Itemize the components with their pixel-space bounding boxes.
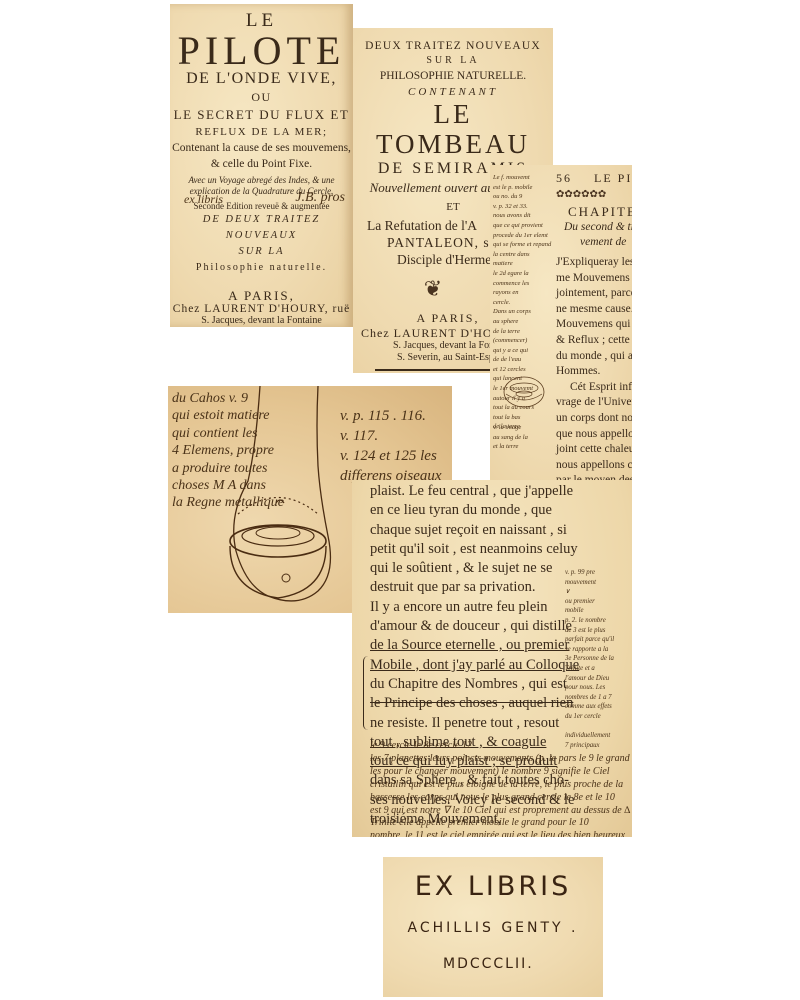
- margin-note-line: ou premier: [565, 597, 631, 607]
- title-onde-vive: DE L'ONDE VIVE,: [170, 70, 353, 88]
- margin-note-line: le 2d egare la: [493, 269, 555, 279]
- body-line: Cét Esprit infini ,: [556, 380, 632, 396]
- margin-note-line: ∨: [565, 587, 631, 597]
- margin-note-line: p. 2. le nombre: [565, 616, 631, 626]
- margin-note-line: [565, 722, 631, 732]
- margin-note-line: au sphere: [493, 317, 555, 327]
- ex-libris-date: MDCCCLII.: [443, 956, 603, 972]
- handwritten-line: v. p. 115 . 116.: [340, 406, 442, 426]
- body-line: du monde , qui a tan: [556, 349, 632, 365]
- margin-note-line: (commencer): [493, 336, 555, 346]
- imprint-paris: A PARIS,: [170, 288, 353, 303]
- chapter-body-text: J'Expliqueray lesme Mouvemensjointement,…: [556, 255, 632, 484]
- margin-note-line: 3e Personne de la: [565, 654, 631, 664]
- chapter-page: Le f. mouvemtest le p. mobileou no. du 9…: [490, 165, 632, 484]
- body-line: du Chapitre des Nombres , qui est: [370, 675, 579, 694]
- body-line: jointement, parce q: [556, 286, 632, 302]
- body-line: plaist. Le feu central , que j'appelle: [370, 482, 579, 501]
- body-line: Hommes.: [556, 364, 632, 380]
- body-line: Mouvemens qui com: [556, 317, 632, 333]
- margin-note-line: tout la bas: [493, 413, 555, 423]
- handwritten-line: cristallin qui est le plus eloigné de la…: [370, 779, 632, 792]
- handwritten-line: choses M A dans: [172, 477, 284, 494]
- margin-note-line: qui y a ce qui: [493, 346, 555, 356]
- body-line: Il y a encore un autre feu plein: [370, 598, 579, 617]
- handwritten-line: est 9 qui est notre ∇ le 10 Ciel qui est…: [370, 805, 632, 818]
- body-line: qui le soûtient , & le sujet ne se: [370, 559, 579, 578]
- title-ou: OU: [170, 88, 353, 106]
- body-line: petit qu'il soit , est neanmoins celuy: [370, 540, 579, 559]
- handwritten-line: v. 117.: [340, 426, 442, 446]
- title-secret: LE SECRET DU FLUX ET: [170, 106, 353, 124]
- margin-note-line: nous avons dit: [493, 211, 555, 221]
- body-line: Mobile , dont j'ay parlé au Colloque: [370, 656, 579, 675]
- handwritten-line: le 9 cercle le 8e cercle 12: [370, 740, 632, 753]
- margin-note-line: pour nous. Les: [565, 683, 631, 693]
- chapter-subtitle-1: Du second & tr: [556, 220, 632, 236]
- imprint-jacques: S. Jacques, devant la Fontaine: [170, 315, 353, 327]
- handwritten-line: nombre, le 11 est le ciel empirée qui es…: [370, 830, 632, 837]
- body-line: d'amour & de douceur , qui distille: [370, 617, 579, 636]
- margin-note-line: cercle.: [493, 298, 555, 308]
- body-line: & Reflux ; cette g: [556, 333, 632, 349]
- handwritten-line: a produire toutes: [172, 460, 284, 477]
- page-number: 56: [556, 171, 572, 185]
- handwritten-line: du Cahos v. 9: [172, 390, 284, 407]
- margin-note-line: comme aux effets: [565, 702, 631, 712]
- handwritten-ex-libris: ex libris: [184, 192, 223, 207]
- body-line: ne mesme cause. C: [556, 302, 632, 318]
- margin-note-line: ou no. du 9: [493, 192, 555, 202]
- margin-note-line: de de l'eau: [493, 355, 555, 365]
- page-header: 56LE PIL: [556, 171, 632, 187]
- margin-note-line: se rapporte a la: [565, 645, 631, 655]
- margin-note-line: Le f. mouvemt: [493, 173, 555, 183]
- margin-note-line: nombres de 1 a 7: [565, 693, 631, 703]
- handwritten-line: v. 124 et 125 les: [340, 446, 442, 466]
- ex-libris-heading: EX LIBRIS: [383, 871, 603, 902]
- title-contenant: CONTENANT: [353, 85, 553, 99]
- margin-note-line: la centre dans: [493, 250, 555, 260]
- body-line: vrage de l'Univers ,: [556, 395, 632, 411]
- margin-note-line: est le p. mobile: [493, 183, 555, 193]
- margin-note-line: matiere: [493, 259, 555, 269]
- body-line: chaque sujet reçoit en naissant , si: [370, 521, 579, 540]
- margin-notes: v. p. 99 premouvement∨ou premiermobilep.…: [565, 568, 631, 750]
- handwritten-notes-left: du Cahos v. 9qui estoit matierequi conti…: [172, 390, 284, 512]
- margin-note-line: parfait parce qu'il: [565, 635, 631, 645]
- handwritten-footnotes: le 9 cercle le 8e cercle 12les 7 planett…: [370, 740, 632, 837]
- margin-note-line: rayons en: [493, 288, 555, 298]
- handwritten-line: les pour le changer mouvement) le nombre…: [370, 766, 632, 779]
- body-line: de la Source eternelle , ou premier: [370, 636, 579, 655]
- title-tombeau: LE TOMBEAU: [353, 99, 553, 159]
- handwritten-line: qui estoit matiere: [172, 407, 284, 424]
- title-sur-la: SUR LA: [170, 244, 353, 260]
- body-line: nous appellons centra: [556, 458, 632, 474]
- margin-notes-bottom: v. la imageau sang de laet la terre: [493, 423, 555, 452]
- margin-note-line: et la terre: [493, 442, 555, 452]
- ex-libris-label: EX LIBRIS ACHILLIS GENTY . MDCCCLII.: [383, 857, 603, 997]
- margin-note-line: du 1er cercle: [565, 712, 631, 722]
- handwritten-line: la Regne metallique: [172, 494, 284, 511]
- handwritten-notes-right: v. p. 115 . 116.v. 117.v. 124 et 125 les…: [340, 406, 442, 486]
- running-head: LE PIL: [594, 171, 632, 185]
- chapter-subtitle-2: vement de: [556, 235, 632, 251]
- handwritten-line: les 7 planettes leurs poincts mouvements…: [370, 753, 632, 766]
- handwritten-line: qui contient les: [172, 425, 284, 442]
- body-line: en ce lieu tyran du monde , que: [370, 501, 579, 520]
- margin-note-line: l'amour de Dieu: [565, 674, 631, 684]
- title-contenant: Contenant la cause de ses mouvemens,: [170, 140, 353, 156]
- margin-note-line: mobile: [565, 606, 631, 616]
- body-line: J'Expliqueray les: [556, 255, 632, 271]
- margin-note-line: au sang de la: [493, 433, 555, 443]
- title-sur-la: SUR LA: [353, 54, 553, 68]
- text-page: plaist. Le feu central , que j'appelleen…: [352, 480, 632, 837]
- margin-note-line: mouvement: [565, 578, 631, 588]
- margin-note-line: commence les: [493, 279, 555, 289]
- margin-note-line: Trinite et a: [565, 664, 631, 674]
- body-line: un corps dont nous: [556, 411, 632, 427]
- margin-note-line: qui se forme et repand: [493, 240, 555, 250]
- body-line: joint cette chaleur e: [556, 442, 632, 458]
- ornament-band-icon: ✿✿✿✿✿✿: [556, 187, 632, 203]
- margin-bracket: [363, 656, 368, 730]
- title-page-le-pilote: LE PILOTE DE L'ONDE VIVE, OU LE SECRET D…: [170, 4, 353, 327]
- margin-note-line: v. la image: [493, 423, 555, 433]
- margin-note-line: v. p. 99 pre: [565, 568, 631, 578]
- handwritten-line: 4 Elemens, propre: [172, 442, 284, 459]
- body-line: ne resiste. Il penetre tout , resout: [370, 714, 579, 733]
- sketch-sphere-icon: [500, 370, 548, 410]
- ex-libris-owner: ACHILLIS GENTY .: [383, 920, 603, 936]
- title-reflux: REFLUX DE LA MER;: [170, 124, 353, 140]
- margin-note-line: de la terre: [493, 327, 555, 337]
- body-line: destruit que par sa privation.: [370, 578, 579, 597]
- title-pilote: PILOTE: [170, 32, 353, 70]
- handwritten-line: bassesse les corps qui nous le plus gran…: [370, 792, 632, 805]
- margin-note-line: v. p. 32 et 33.: [493, 202, 555, 212]
- title-voyage-1: Avec un Voyage abregé des Indes, & une: [170, 175, 353, 186]
- title-deux-traitez: DE DEUX TRAITEZ NOUVEAUX: [170, 212, 353, 244]
- title-philosophie: PHILOSOPHIE NATURELLE.: [353, 68, 553, 85]
- imprint-chez: Chez LAURENT D'HOURY, ruë: [170, 303, 353, 315]
- title-deux-traitez: DEUX TRAITEZ NOUVEAUX: [353, 38, 553, 54]
- handwritten-signature: J.B. pros: [295, 190, 345, 206]
- margin-note-line: procede du 1er elemt: [493, 231, 555, 241]
- handwritten-line: Trinité elle appelle premier mobile le g…: [370, 817, 632, 830]
- chapter-heading: CHAPITE: [556, 204, 632, 220]
- body-line: le Principe des choses , auquel rien: [370, 694, 579, 713]
- title-philosophie: Philosophie naturelle.: [170, 260, 353, 276]
- body-line: me Mouvemens: [556, 271, 632, 287]
- body-line: que nous appellons: [556, 427, 632, 443]
- margin-note-line: de 3 est le plus: [565, 626, 631, 636]
- title-celle: & celle du Point Fixe.: [170, 156, 353, 172]
- margin-note-line: que ce qui provient: [493, 221, 555, 231]
- margin-note-line: Dans un corps: [493, 307, 555, 317]
